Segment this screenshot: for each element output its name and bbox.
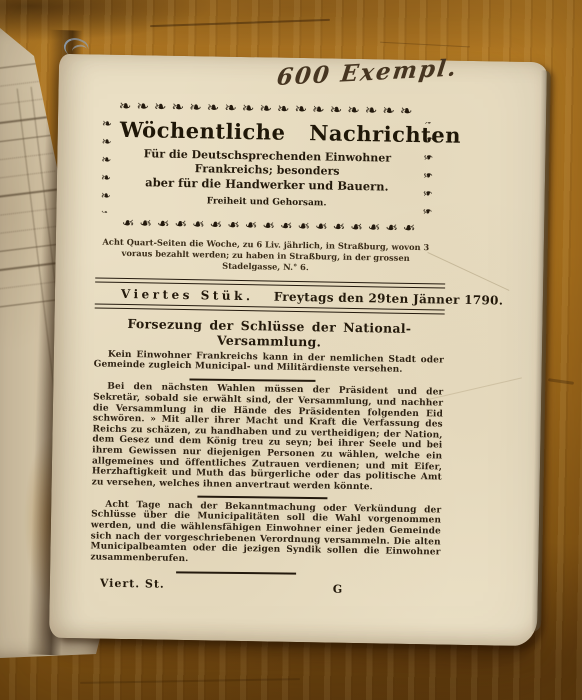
ornament-border-bottom: ❧❧❧❧❧❧❧❧❧❧❧❧❧❧❧❧❧ — [100, 216, 432, 237]
masthead: Wöchentliche Nachrichten Für die Deutsch… — [119, 117, 416, 210]
sheet-signature-mark: G — [333, 583, 343, 596]
article-paragraph: Acht Tage nach der Bekanntmachung oder V… — [90, 499, 441, 569]
separator-rule — [189, 378, 315, 381]
ornament-border-left: ❧❧❧❧❧❧ — [99, 117, 113, 213]
article-paragraph: Bei den nächsten Wahlen müssen der Präsi… — [92, 382, 444, 494]
table-rule — [0, 135, 51, 145]
wood-scratch — [80, 678, 300, 684]
ornament-border-top: ❧❧❧❧❧❧❧❧❧❧❧❧❧❧❧❧❧ — [102, 99, 434, 120]
separator-rule — [176, 571, 296, 574]
page-footer: Viert. St. G — [90, 576, 440, 598]
table-rule — [0, 80, 44, 90]
issue-date: Freytags den 29ten Jänner 1790. — [274, 289, 504, 307]
handwritten-note: 600 Exempl. — [275, 54, 459, 91]
issue-number: Viertes Stük. — [121, 286, 254, 302]
article-paragraph: Kein Einwohner Frankreichs kann in der n… — [94, 349, 444, 376]
footer-signature: Viert. St. — [100, 577, 165, 591]
article-heading: Forsezung der Schlüsse der National-Vers… — [94, 315, 444, 351]
wood-scratch — [548, 378, 574, 385]
newspaper-page: 600 Exempl. ❧❧❧❧❧❧❧❧❧❧❧❧❧❧❧❧❧ ❧❧❧❧❧❧❧❧❧❧… — [49, 54, 547, 646]
table-rule — [0, 116, 48, 127]
table-rule — [0, 98, 46, 108]
wood-scratch — [380, 42, 470, 48]
table-rule — [0, 62, 42, 72]
wood-scratch — [150, 19, 330, 27]
imprint-notice: Acht Quart-Seiten die Woche, zu 6 Liv. j… — [99, 237, 432, 276]
separator-rule — [197, 496, 327, 499]
text-column: Viertes Stük. Freytags den 29ten Jänner … — [90, 277, 445, 599]
masthead-frame: ❧❧❧❧❧❧❧❧❧❧❧❧❧❧❧❧❧ ❧❧❧❧❧❧❧❧❧❧❧❧❧❧❧❧❧ ❧❧❧❧… — [100, 103, 434, 233]
newspaper-title: Wöchentliche Nachrichten — [120, 117, 416, 147]
masthead-motto: Freiheit und Gehorsam. — [119, 195, 415, 210]
